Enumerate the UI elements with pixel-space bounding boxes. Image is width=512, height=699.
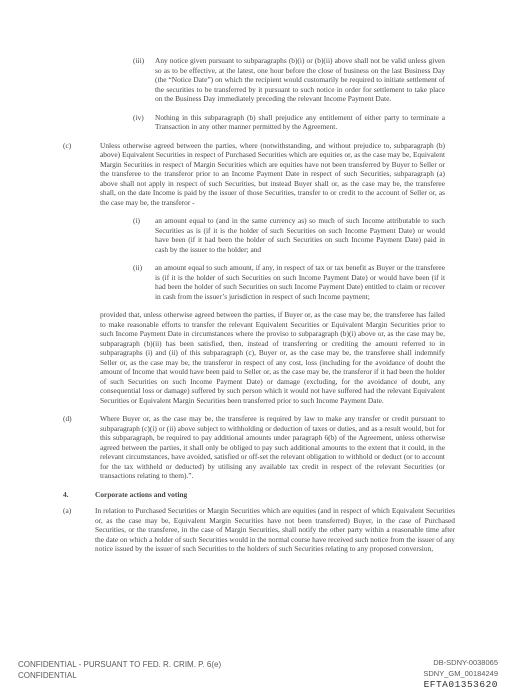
- clause-text: In relation to Purchased Securities or M…: [95, 506, 455, 554]
- clause-d: (d) Where Buyer or, as the case may be, …: [63, 414, 445, 481]
- clause-b-iii: (iii) Any notice given pursuant to subpa…: [133, 56, 445, 104]
- section-title: Corporate actions and voting: [95, 490, 445, 500]
- bates-number-1: DB-SDNY-0038065: [423, 658, 498, 669]
- clause-c: (c) Unless otherwise agreed between the …: [63, 141, 445, 208]
- bates-numbers: DB-SDNY-0038065 SDNY_GM_00184249 EFTA013…: [423, 658, 498, 690]
- clause-c-i: (i) an amount equal to (and in the same …: [133, 216, 445, 254]
- clause-text: Unless otherwise agreed between the part…: [100, 141, 445, 208]
- clause-label: (ii): [133, 263, 155, 301]
- clause-text: Any notice given pursuant to subparagrap…: [155, 56, 445, 104]
- clause-label: (d): [63, 414, 100, 481]
- clause-4-a: (a) In relation to Purchased Securities …: [63, 506, 455, 554]
- clause-text: an amount equal to (and in the same curr…: [155, 216, 445, 254]
- clause-text: provided that, unless otherwise agreed b…: [100, 310, 445, 405]
- confidentiality-line-1: CONFIDENTIAL - PURSUANT TO FED. R. CRIM.…: [18, 659, 221, 670]
- clause-text: an amount equal to such amount, if any, …: [155, 263, 445, 301]
- clause-text: Where Buyer or, as the case may be, the …: [100, 414, 445, 481]
- clause-c-ii: (ii) an amount equal to such amount, if …: [133, 263, 445, 301]
- clause-b-iv: (iv) Nothing in this subparagraph (b) sh…: [133, 113, 445, 132]
- confidentiality-line-2: CONFIDENTIAL: [18, 670, 221, 681]
- clause-text: Nothing in this subparagraph (b) shall p…: [155, 113, 445, 132]
- document-body: (iii) Any notice given pursuant to subpa…: [63, 56, 445, 563]
- clause-c-proviso: provided that, unless otherwise agreed b…: [100, 310, 445, 405]
- clause-label: (a): [63, 506, 95, 554]
- confidentiality-footer: CONFIDENTIAL - PURSUANT TO FED. R. CRIM.…: [18, 659, 221, 681]
- bates-number-2: SDNY_GM_00184249: [423, 669, 498, 680]
- clause-label: (c): [63, 141, 100, 208]
- clause-label: (i): [133, 216, 155, 254]
- section-4-heading: 4. Corporate actions and voting: [63, 490, 445, 500]
- document-page: (iii) Any notice given pursuant to subpa…: [0, 0, 512, 699]
- bates-stamp: EFTA01353620: [423, 680, 498, 691]
- clause-label: (iii): [133, 56, 155, 104]
- section-number: 4.: [63, 490, 95, 500]
- clause-label: (iv): [133, 113, 155, 132]
